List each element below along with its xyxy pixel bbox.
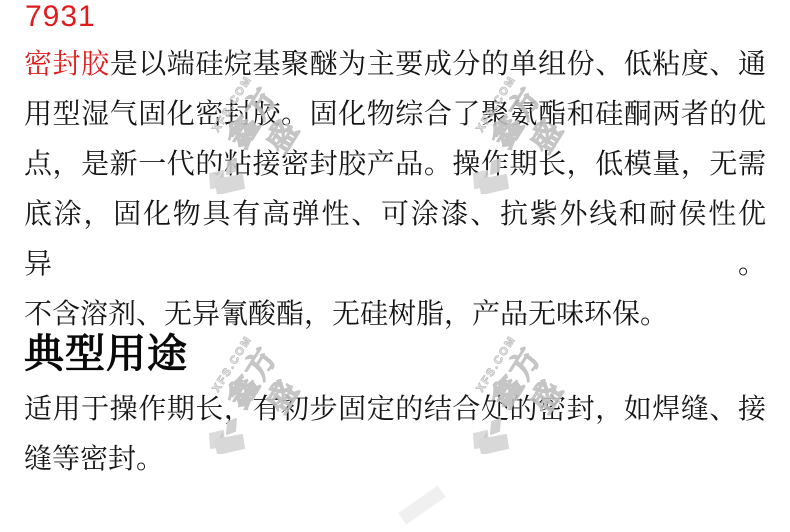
intro-line-1: 密封胶是以端硅烷基聚醚为主要成分的单组份、低粘度、通 <box>24 39 766 89</box>
watermark-faint-remnant <box>398 486 445 525</box>
product-description-page: 7931 密封胶是以端硅烷基聚醚为主要成分的单组份、低粘度、通 用型湿气固化密封… <box>0 0 790 532</box>
intro-line-1-text: 是以端硅烷基聚醚为主要成分的单组份、低粘度、通 <box>110 48 766 79</box>
usage-line-2: 缝等密封。 <box>24 434 766 484</box>
intro-line-2: 用型湿气固化密封胶。固化物综合了聚氨酯和硅酮两者的优 <box>24 89 766 139</box>
typical-uses-heading: 典型用途 <box>24 330 188 378</box>
intro-line-3: 点，是新一代的粘接密封胶产品。操作期长，低模量，无需 <box>24 139 766 189</box>
intro-highlight: 密封胶 <box>24 48 110 79</box>
usage-paragraph: 适用于操作期长，有初步固定的结合处的密封，如焊缝、接 缝等密封。 <box>24 384 766 484</box>
product-intro-paragraph: 密封胶是以端硅烷基聚醚为主要成分的单组份、低粘度、通 用型湿气固化密封胶。固化物… <box>24 39 766 339</box>
intro-line-4: 底涂，固化物具有高弹性、可涂漆、抗紫外线和耐侯性优异。 <box>24 189 766 289</box>
product-code: 7931 <box>25 1 96 33</box>
usage-line-1: 适用于操作期长，有初步固定的结合处的密封，如焊缝、接 <box>24 384 766 434</box>
